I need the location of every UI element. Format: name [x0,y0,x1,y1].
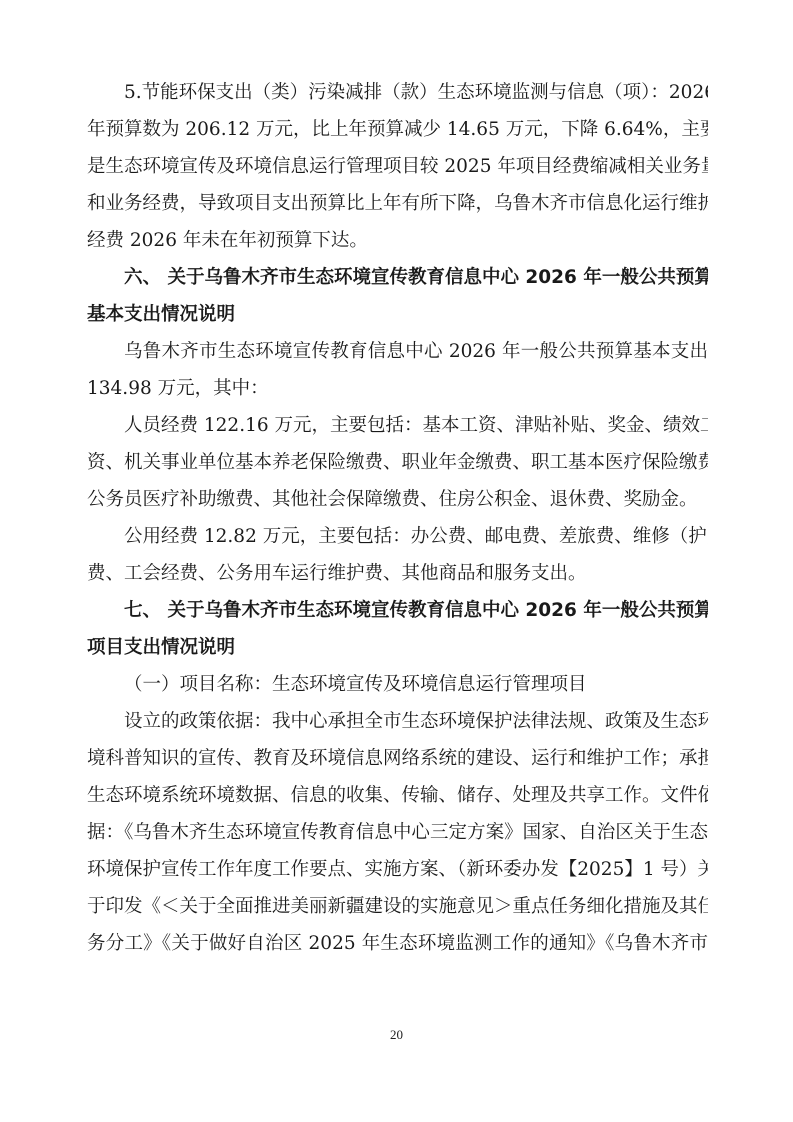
text-line: 设立的政策依据：我中心承担全市生态环境保护法律法规、政策及生态环 [87,703,708,740]
text-line: 公务员医疗补助缴费、其他社会保障缴费、住房公积金、退休费、奖励金。 [87,481,708,518]
text-line: （一）项目名称：生态环境宣传及环境信息运行管理项目 [87,666,708,703]
heading-line: 基本支出情况说明 [87,296,708,333]
paragraph-project-name: （一）项目名称：生态环境宣传及环境信息运行管理项目 [87,666,708,703]
page-number: 20 [0,1027,793,1043]
heading-line: 六、 关于乌鲁木齐市生态环境宣传教育信息中心 2026 年一般公共预算 [87,259,708,296]
paragraph-policy-basis: 设立的政策依据：我中心承担全市生态环境保护法律法规、政策及生态环 境科普知识的宣… [87,703,708,962]
text-line: 据：《乌鲁木齐生态环境宣传教育信息中心三定方案》国家、自治区关于生态 [87,814,708,851]
text-line: 5.节能环保支出（类）污染减排（款）生态环境监测与信息（项）：2026 [87,74,708,111]
paragraph-basic-total: 乌鲁木齐市生态环境宣传教育信息中心 2026 年一般公共预算基本支出 134.9… [87,333,708,407]
text-line: 境科普知识的宣传、教育及环境信息网络系统的建设、运行和维护工作；承担 [87,740,708,777]
text-line: 经费 2026 年未在年初预算下达。 [87,222,708,259]
text-line: 年预算数为 206.12 万元，比上年预算减少 14.65 万元，下降 6.64… [87,111,708,148]
text-line: 公用经费 12.82 万元，主要包括：办公费、邮电费、差旅费、维修（护） [87,518,708,555]
section-heading-6: 六、 关于乌鲁木齐市生态环境宣传教育信息中心 2026 年一般公共预算 基本支出… [87,259,708,333]
text-line: 是生态环境宣传及环境信息运行管理项目较 2025 年项目经费缩减相关业务量 [87,148,708,185]
heading-line: 项目支出情况说明 [87,629,708,666]
text-line: 资、机关事业单位基本养老保险缴费、职业年金缴费、职工基本医疗保险缴费、 [87,444,708,481]
text-line: 环境保护宣传工作年度工作要点、实施方案、（新环委办发【2025】1 号）关 [87,851,708,888]
paragraph-personnel-expenses: 人员经费 122.16 万元，主要包括：基本工资、津贴补贴、奖金、绩效工 资、机… [87,407,708,518]
text-line: 和业务经费，导致项目支出预算比上年有所下降，乌鲁木齐市信息化运行维护 [87,185,708,222]
text-line: 人员经费 122.16 万元，主要包括：基本工资、津贴补贴、奖金、绩效工 [87,407,708,444]
paragraph-item5: 5.节能环保支出（类）污染减排（款）生态环境监测与信息（项）：2026 年预算数… [87,74,708,259]
section-heading-7: 七、 关于乌鲁木齐市生态环境宣传教育信息中心 2026 年一般公共预算 项目支出… [87,592,708,666]
heading-line: 七、 关于乌鲁木齐市生态环境宣传教育信息中心 2026 年一般公共预算 [87,592,708,629]
text-line: 务分工》《关于做好自治区 2025 年生态环境监测工作的通知》《乌鲁木齐市 [87,925,708,962]
paragraph-public-expenses: 公用经费 12.82 万元，主要包括：办公费、邮电费、差旅费、维修（护） 费、工… [87,518,708,592]
text-line: 134.98 万元，其中： [87,370,708,407]
text-line: 生态环境系统环境数据、信息的收集、传输、储存、处理及共享工作。文件依 [87,777,708,814]
document-page: 5.节能环保支出（类）污染减排（款）生态环境监测与信息（项）：2026 年预算数… [87,74,708,962]
text-line: 乌鲁木齐市生态环境宣传教育信息中心 2026 年一般公共预算基本支出 [87,333,708,370]
text-line: 于印发《＜关于全面推进美丽新疆建设的实施意见＞重点任务细化措施及其任 [87,888,708,925]
text-line: 费、工会经费、公务用车运行维护费、其他商品和服务支出。 [87,555,708,592]
